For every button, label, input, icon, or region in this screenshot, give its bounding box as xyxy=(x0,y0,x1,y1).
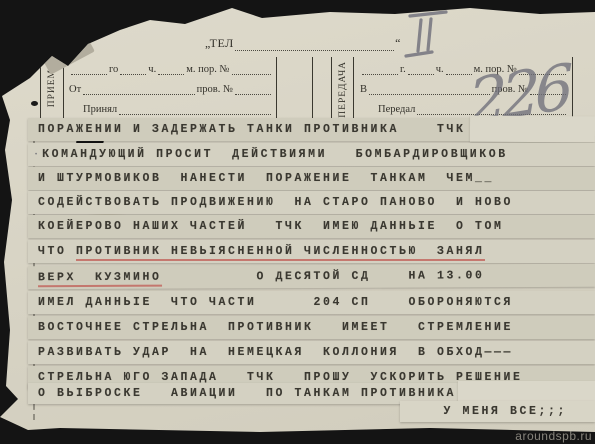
message-line-6-text: ЧТО ПРОТИВНИК НЕВЬIЯСНЕННОЙ ЧИСЛЕННОСТЬЮ… xyxy=(28,245,485,258)
message-line-5-text: КОЕЙЕРОВО НАШИХ ЧАСТЕЙ ТЧК ИМЕЮ ДАННЬIЕ … xyxy=(28,220,504,233)
blank-line xyxy=(71,64,107,76)
message-line-2-text: КОМАНДУЮЩИЙ ПРОСИТ ДЕЙСТВИЯМИ БОМБАРДИРО… xyxy=(32,148,508,161)
priem-field-ot: От xyxy=(69,84,81,95)
peredacha-label: ПЕРЕДАЧА xyxy=(338,61,348,118)
message-line-12-text: О ВЬIБРОСКЕ АВИАЦИИ ПО ТАНКАМ ПРОТИВНИКА xyxy=(28,387,456,400)
priem-row-2: От пров. № xyxy=(69,75,273,95)
message-line-5: КОЕЙЕРОВО НАШИХ ЧАСТЕЙ ТЧК ИМЕЮ ДАННЬIЕ … xyxy=(28,215,595,238)
message-line-3-text: И ШТУРМОВИКОВ НАНЕСТИ ПОРАЖЕНИЕ ТАНКАМ Ч… xyxy=(28,172,494,185)
line-6-plain: ЧТО xyxy=(38,245,76,258)
line-7-red-underlined: ВЕРХ КУЗМИНО xyxy=(38,271,162,288)
blank-line xyxy=(362,64,398,76)
message-line-7: ВЕРХ КУЗМИНО О ДЕСЯТОЙ СД НА 13.00 xyxy=(28,264,595,289)
priem-field-prinyal: Принял xyxy=(83,104,117,115)
priem-box-right-rule xyxy=(276,57,277,119)
blank-line xyxy=(120,64,146,76)
peredacha-field-ch: ч. xyxy=(436,64,444,75)
message-line-9: ВОСТОЧНЕЕ СТРЕЛЬНА ПРОТИВНИК ИМЕЕТ СТРЕМ… xyxy=(28,316,595,339)
message-line-4: СОДЕЙСТВОВАТЬ ПРОДВИЖЕНИЮ НА СТАРО ПАНОВ… xyxy=(28,191,595,214)
message-line-1-text: ПОРАЖЕНИИ И ЗАДЕРЖАТЬ ТАНКИ ПРОТИВНИКА Т… xyxy=(28,123,466,136)
blank-line xyxy=(408,64,434,76)
site-watermark: aroundspb.ru xyxy=(515,429,592,443)
form-title-open: „ТЕЛ xyxy=(205,36,234,51)
peredacha-box-left-rule xyxy=(312,57,313,119)
message-line-2: · КОМАНДУЮЩИЙ ПРОСИТ ДЕЙСТВИЯМИ БОМБАРДИ… xyxy=(28,143,595,166)
message-line-9-text: ВОСТОЧНЕЕ СТРЕЛЬНА ПРОТИВНИК ИМЕЕТ СТРЕМ… xyxy=(28,321,513,334)
message-line-10-text: РАЗВИВАТЬ УДАР НА НЕМЕЦКАЯ КОЛЛОНИЯ В ОБ… xyxy=(28,346,513,359)
form-title-blank-line xyxy=(235,38,394,51)
peredacha-field-peredal: Передал xyxy=(378,104,415,115)
blank-line xyxy=(83,84,194,96)
priem-field-ch: ч. xyxy=(148,64,156,75)
message-line-6: ЧТО ПРОТИВНИК НЕВЬIЯСНЕННОЙ ЧИСЛЕННОСТЬЮ… xyxy=(28,240,595,263)
handwritten-numeral-ii xyxy=(404,5,450,64)
form-title: „ТЕЛ “ xyxy=(205,36,401,51)
paper-speck xyxy=(31,101,38,106)
message-line-7-text: ВЕРХ КУЗМИНО О ДЕСЯТОЙ СД НА 13.00 xyxy=(28,269,485,284)
blank-line xyxy=(232,64,272,76)
numeral-ii-strokes xyxy=(404,5,450,59)
message-line-10: РАЗВИВАТЬ УДАР НА НЕМЕЦКАЯ КОЛЛОНИЯ В ОБ… xyxy=(28,341,595,364)
priem-label: ПРИЕМ xyxy=(47,69,57,107)
priem-field-prov-no: пров. № xyxy=(197,84,233,95)
message-line-13-text: У МЕНЯ ВСЕ;;; xyxy=(433,405,595,418)
line-6-red-underlined: ПРОТИВНИК НЕВЬIЯСНЕННОЙ ЧИСЛЕННОСТЬЮ ЗАН… xyxy=(76,245,485,261)
priem-field-go: го xyxy=(109,64,118,75)
blank-line xyxy=(158,64,184,76)
peredacha-box-right-rule xyxy=(572,57,573,119)
priem-field-m-por-no: м. пор. № xyxy=(186,64,229,75)
priem-row-3: Принял xyxy=(69,95,273,115)
message-line-8-text: ИМЕЛ ДАННЬIЕ ЧТО ЧАСТИ 204 СП ОБОРОНЯЮТС… xyxy=(28,296,513,309)
priem-fields: го ч. м. пор. № От пров. № Принял xyxy=(69,55,273,115)
priem-row-1: го ч. м. пор. № xyxy=(69,55,273,75)
form-title-close: “ xyxy=(395,36,401,51)
message-line-3: И ШТУРМОВИКОВ НАНЕСТИ ПОРАЖЕНИЕ ТАНКАМ Ч… xyxy=(28,167,595,190)
telegram-form-paper: „ТЕЛ “ ПРИЕМ го ч. м. пор. № От пров. № … xyxy=(0,0,595,444)
message-line-8: ИМЕЛ ДАННЬIЕ ЧТО ЧАСТИ 204 СП ОБОРОНЯЮТС… xyxy=(28,291,595,314)
peredacha-label-box: ПЕРЕДАЧА xyxy=(331,57,354,121)
peredacha-field-g: г. xyxy=(400,64,406,75)
message-line-13: У МЕНЯ ВСЕ;;; xyxy=(400,401,595,422)
blank-line xyxy=(119,104,271,116)
paper-patch xyxy=(470,116,595,143)
message-line-4-text: СОДЕЙСТВОВАТЬ ПРОДВИЖЕНИЮ НА СТАРО ПАНОВ… xyxy=(28,196,513,209)
peredacha-field-v: В xyxy=(360,84,367,95)
line-7-plain: О ДЕСЯТОЙ СД НА 13.00 xyxy=(161,269,484,283)
blank-line xyxy=(235,84,271,96)
